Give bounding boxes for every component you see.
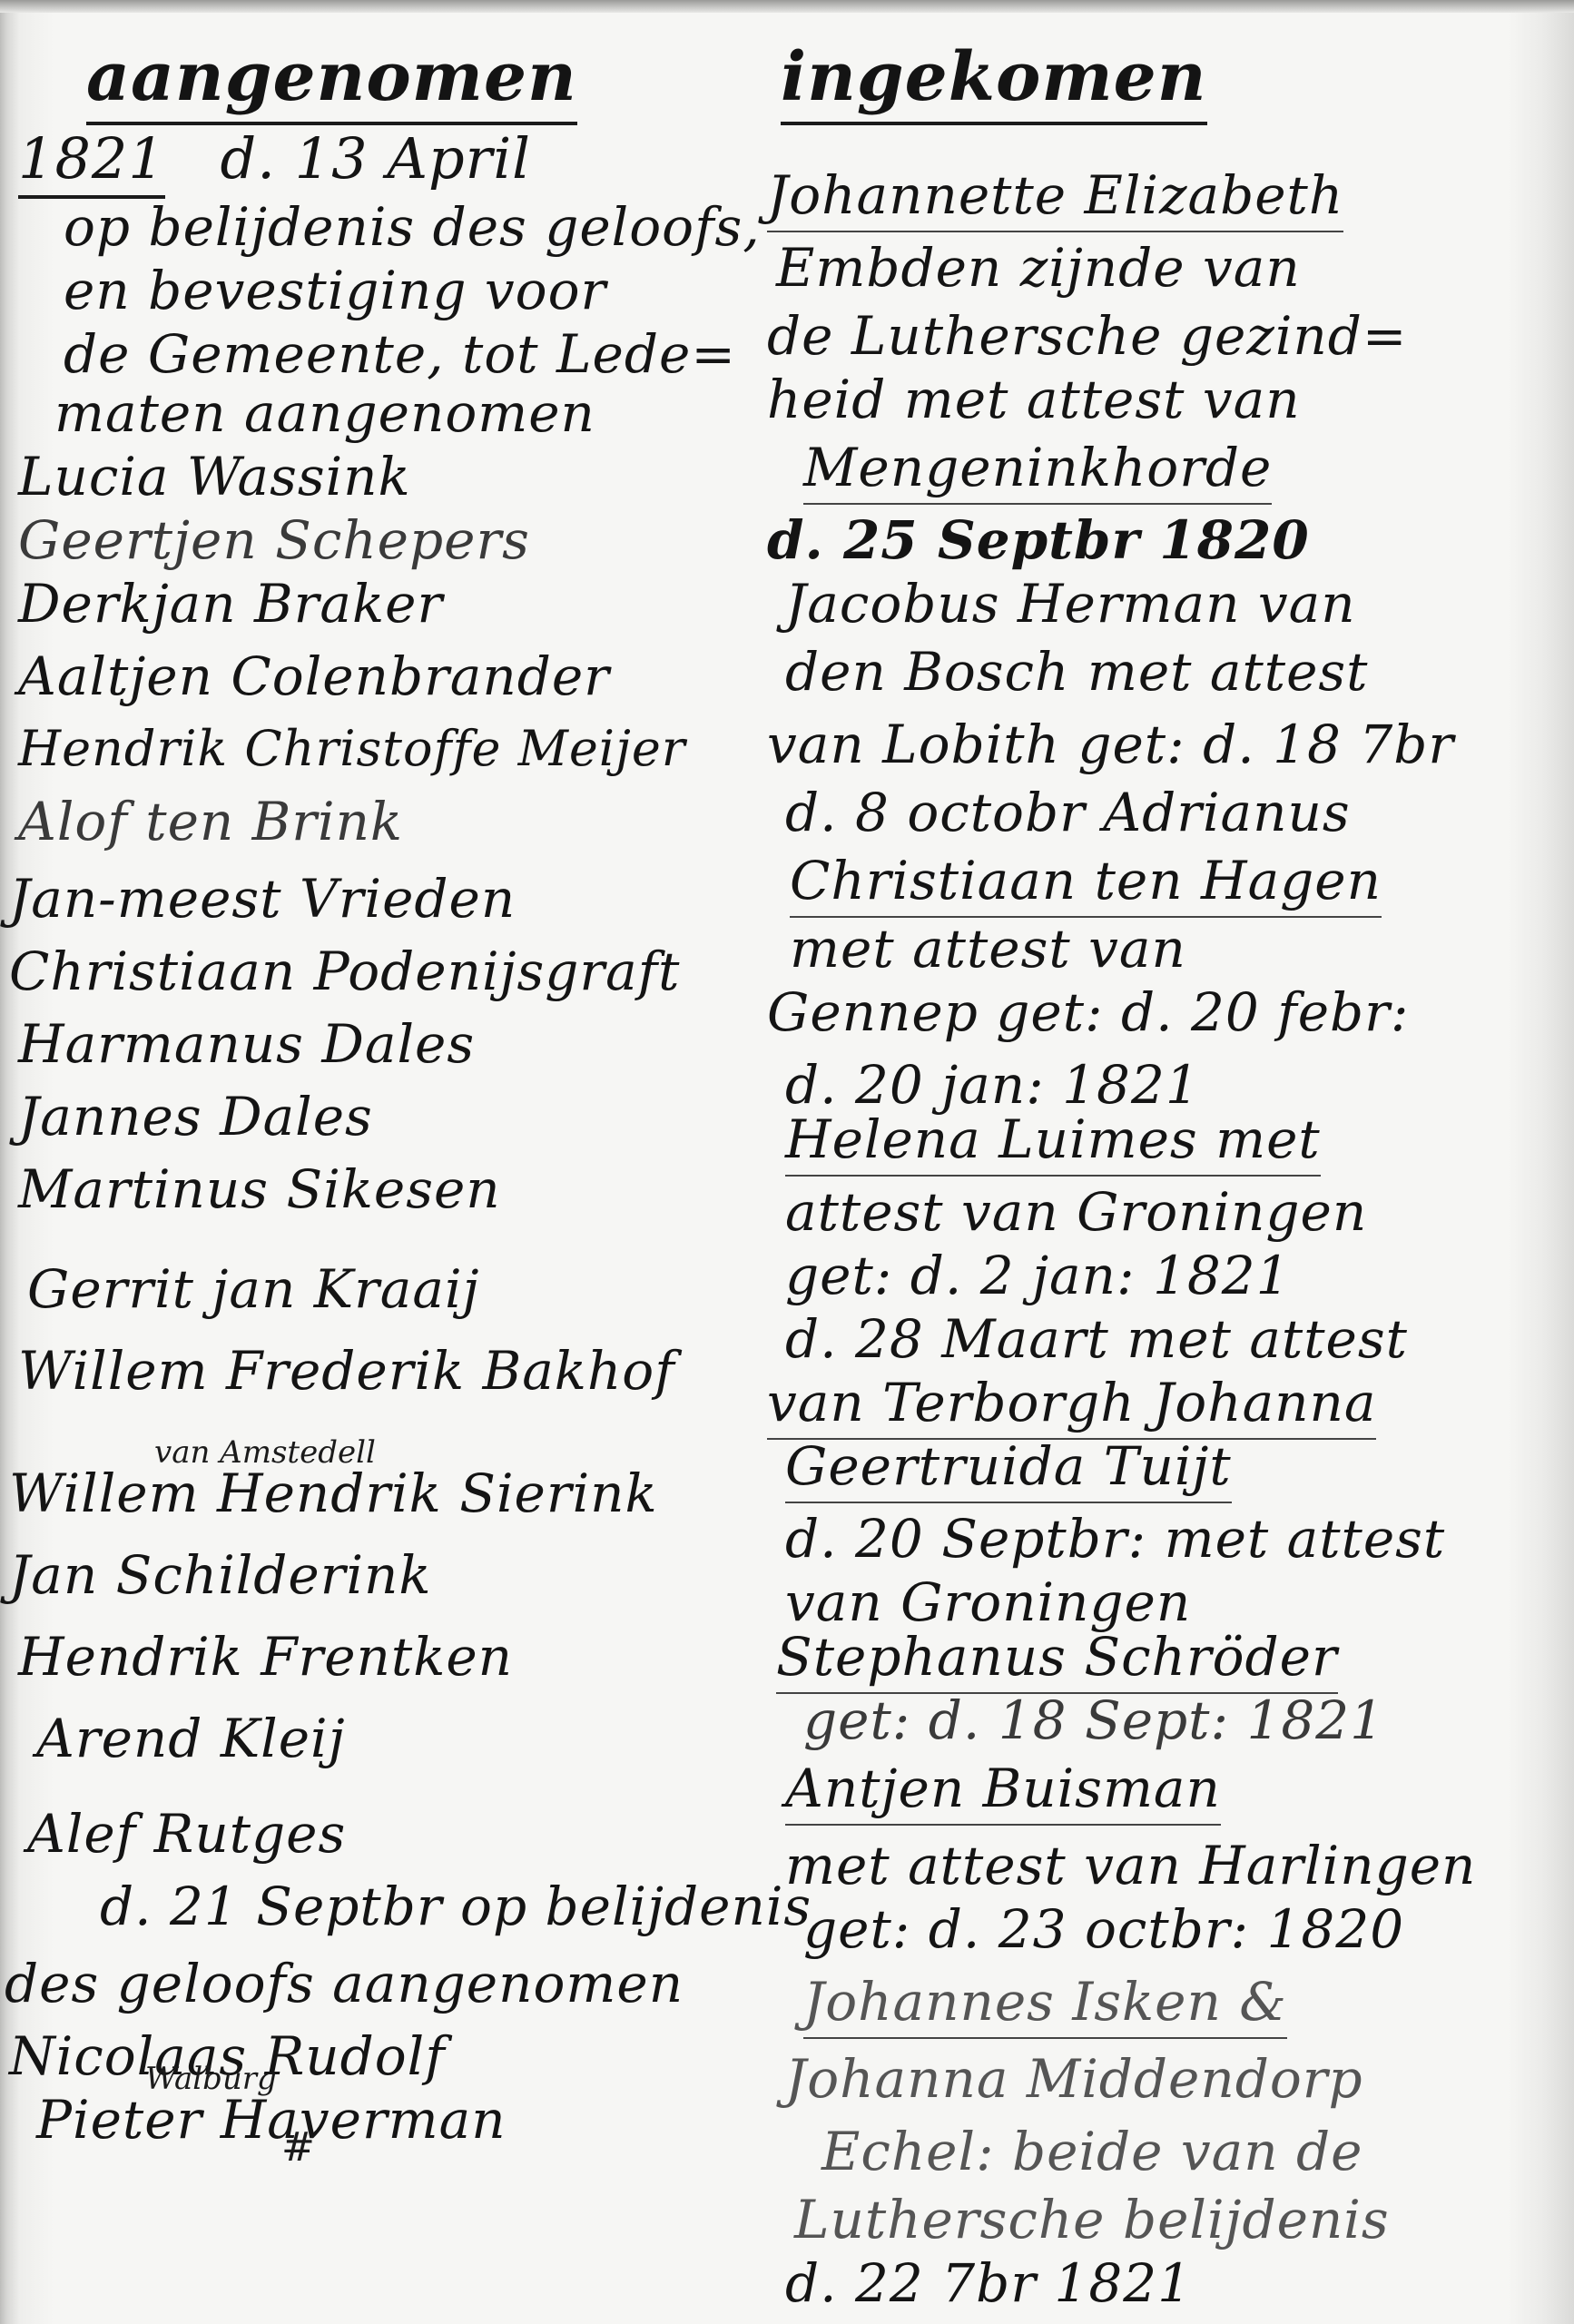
text-line: van Lobith get: d. 18 7br: [767, 713, 1454, 776]
place-name: Mengeninkhorde: [803, 436, 1272, 505]
heading-aangenomen: aangenomen: [86, 36, 577, 125]
heading-ingekomen: ingekomen: [781, 36, 1207, 125]
text-line: d. 8 octobr Adrianus: [785, 781, 1351, 844]
member-name: Geertjen Schepers: [18, 508, 530, 572]
register-page: aangenomen 1821 d. 13 April op belijdeni…: [0, 0, 1574, 2324]
date-label: d. 13 April: [221, 125, 531, 192]
text-line: met attest van: [790, 917, 1186, 980]
date-line: get: d. 18 Sept: 1821: [803, 1689, 1384, 1752]
member-name: Harmanus Dales: [18, 1012, 475, 1076]
date-line: d. 22 7br 1821: [785, 2251, 1192, 2315]
text-line: Embden zijnde van: [776, 236, 1301, 300]
text-line: Gennep get: d. 20 febr:: [767, 980, 1409, 1044]
text-line: met attest van Harlingen: [785, 1834, 1476, 1897]
text-line: op belijdenis des geloofs,: [64, 195, 761, 259]
member-name: Jan Schilderink: [9, 1543, 432, 1607]
member-name: Gerrit jan Kraaij: [27, 1257, 480, 1321]
date-entry: 1821 d. 13 April: [18, 127, 531, 191]
text-line: d. 21 Septbr op belijdenis: [100, 1875, 812, 1938]
date-line: get: d. 23 octbr: 1820: [803, 1897, 1404, 1961]
date-line: d. 28 Maart met attest: [785, 1307, 1408, 1371]
member-name: Alof ten Brink: [18, 790, 403, 853]
entry-name: Geertruida Tuijt: [785, 1434, 1232, 1503]
entry-name: den Bosch met attest: [785, 640, 1368, 704]
member-name: Willem Hendrik Sierink: [9, 1462, 658, 1525]
member-name: Pieter Haverman: [36, 2088, 507, 2152]
member-name: Arend Kleij: [36, 1707, 346, 1770]
entry-name: Antjen Buisman: [785, 1757, 1221, 1826]
entry-name: Johannette Elizabeth: [767, 163, 1343, 232]
entry-name: Helena Luimes met: [785, 1108, 1321, 1177]
member-name: Hendrik Frentken: [18, 1625, 513, 1689]
member-name: Martinus Sikesen: [18, 1157, 501, 1221]
text-line: de Luthersche gezind=: [767, 304, 1407, 368]
member-name: Alef Rutges: [27, 1802, 346, 1866]
entry-name: Johanna Middendorp: [785, 2047, 1363, 2111]
date-line: d. 25 Septbr 1820: [767, 508, 1310, 572]
member-name: Jannes Dales: [18, 1085, 373, 1148]
member-name: Hendrik Christoffe Meijer: [18, 717, 686, 781]
text-line: maten aangenomen: [54, 381, 595, 445]
member-name: Christiaan Podenijsgraft: [9, 940, 680, 1003]
text-line: attest van Groningen: [785, 1180, 1367, 1244]
text-line: en bevestiging voor: [64, 259, 606, 322]
member-name: Aaltjen Colenbrander: [18, 645, 610, 708]
entry-name: Jacobus Herman van: [785, 572, 1356, 635]
date-line: get: d. 2 jan: 1821: [785, 1244, 1291, 1307]
member-name: Lucia Wassink: [18, 445, 411, 508]
member-name: Willem Frederik Bakhof: [18, 1339, 675, 1403]
text-line: van Terborgh Johanna: [767, 1371, 1376, 1440]
member-name: Derkjan Braker: [18, 572, 443, 635]
entry-name: Stephanus Schröder: [776, 1625, 1338, 1694]
text-line: de Gemeente, tot Lede=: [64, 322, 736, 386]
entry-name: Johannes Isken &: [803, 1970, 1287, 2039]
text-line: heid met attest van: [767, 368, 1301, 431]
hash-mark: #: [281, 2124, 315, 2171]
text-line: des geloofs aangenomen: [5, 1952, 684, 2015]
year-label: 1821: [18, 125, 165, 199]
entry-name: Christiaan ten Hagen: [790, 849, 1382, 918]
text-line: Echel: beide van de: [821, 2120, 1363, 2183]
date-line: d. 20 Septbr: met attest: [785, 1507, 1445, 1571]
text-line: Luthersche belijdenis: [794, 2188, 1390, 2251]
member-name: Jan-meest Vrieden: [9, 867, 516, 931]
